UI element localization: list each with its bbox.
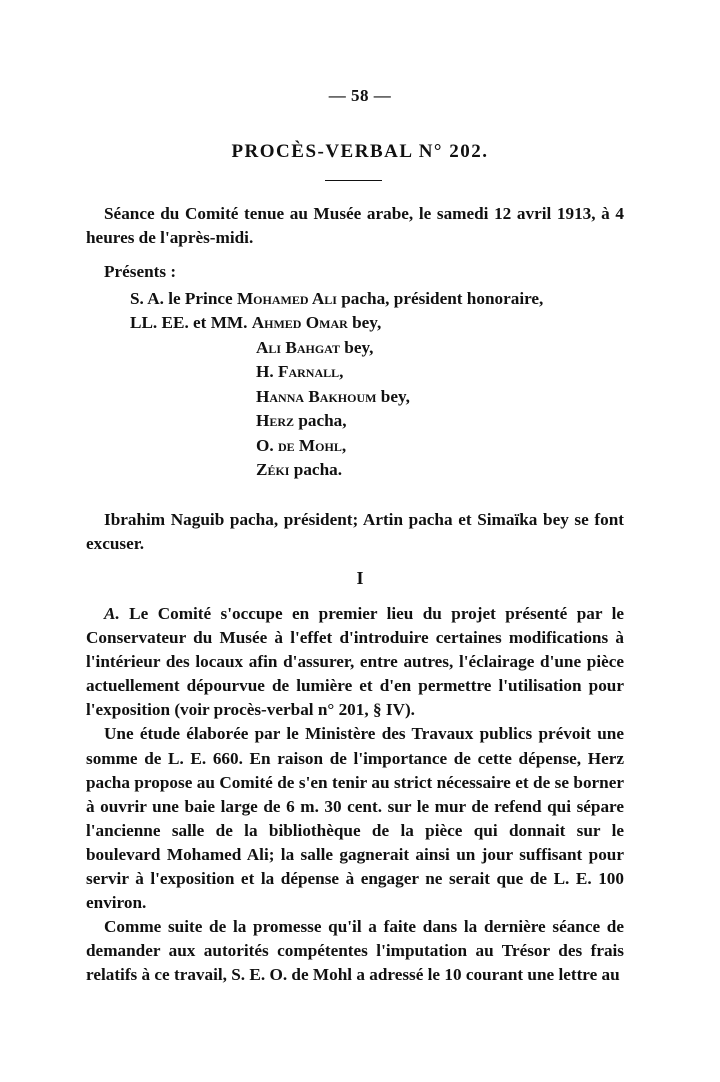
attendee-suffix: , — [339, 362, 343, 381]
attendee-line: Hanna Bakhoum bey, — [256, 387, 410, 407]
attendee-name: Ali Bahgat — [256, 338, 340, 357]
attendee-line: O. de Mohl, — [256, 436, 346, 456]
page-number: — 58 — — [0, 86, 720, 106]
attendee-line: Herz pacha, — [256, 411, 347, 431]
excuses-text: Ibrahim Naguib pacha, président; Artin p… — [86, 508, 624, 556]
page-title: PROCÈS-VERBAL N° 202. — [0, 141, 720, 163]
paragraph-label: A. — [104, 604, 120, 623]
attendee-suffix: bey, — [340, 338, 373, 357]
paragraph-study: Une étude élaborée par le Ministère des … — [86, 722, 624, 915]
section-numeral: I — [0, 568, 720, 589]
attendee-suffix: pacha. — [289, 460, 342, 479]
attendee-suffix: pacha, président honoraire, — [337, 289, 543, 308]
paragraph-promise: Comme suite de la promesse qu'il a faite… — [86, 915, 624, 987]
attendee-prefix: LL. EE. et MM. — [130, 313, 252, 332]
attendee-line: S. A. le Prince Mohamed Ali pacha, prési… — [130, 289, 543, 309]
attendee-line: LL. EE. et MM. Ahmed Omar bey, — [130, 313, 381, 333]
attendee-line: Ali Bahgat bey, — [256, 338, 373, 358]
attendee-prefix: H. — [256, 362, 278, 381]
attendee-name: Farnall — [278, 362, 339, 381]
attendee-prefix: O. — [256, 436, 278, 455]
paragraph-a: A. Le Comité s'occupe en premier lieu du… — [86, 602, 624, 722]
attendee-name: Mohamed Ali — [237, 289, 337, 308]
attendee-name: Herz — [256, 411, 294, 430]
attendee-prefix: S. A. le Prince — [130, 289, 237, 308]
excuses-paragraph: Ibrahim Naguib pacha, président; Artin p… — [86, 508, 624, 556]
attendee-suffix: bey, — [348, 313, 381, 332]
attendee-name: Ahmed Omar — [252, 313, 348, 332]
attendee-line: Zéki pacha. — [256, 460, 342, 480]
seance-paragraph: Séance du Comité tenue au Musée arabe, l… — [86, 202, 624, 250]
attendee-suffix: pacha, — [294, 411, 347, 430]
attendee-name: de Mohl — [278, 436, 342, 455]
attendee-line: H. Farnall, — [256, 362, 343, 382]
attendee-suffix: bey, — [376, 387, 409, 406]
attendee-suffix: , — [342, 436, 346, 455]
section-body: A. Le Comité s'occupe en premier lieu du… — [86, 602, 624, 988]
title-divider — [325, 180, 382, 181]
seance-text: Séance du Comité tenue au Musée arabe, l… — [86, 202, 624, 250]
attendee-name: Zéki — [256, 460, 289, 479]
attendee-name: Hanna Bakhoum — [256, 387, 376, 406]
document-page: — 58 — PROCÈS-VERBAL N° 202. Séance du C… — [0, 0, 720, 1082]
paragraph-text: Le Comité s'occupe en premier lieu du pr… — [86, 604, 624, 719]
presents-label: Présents : — [104, 262, 176, 282]
